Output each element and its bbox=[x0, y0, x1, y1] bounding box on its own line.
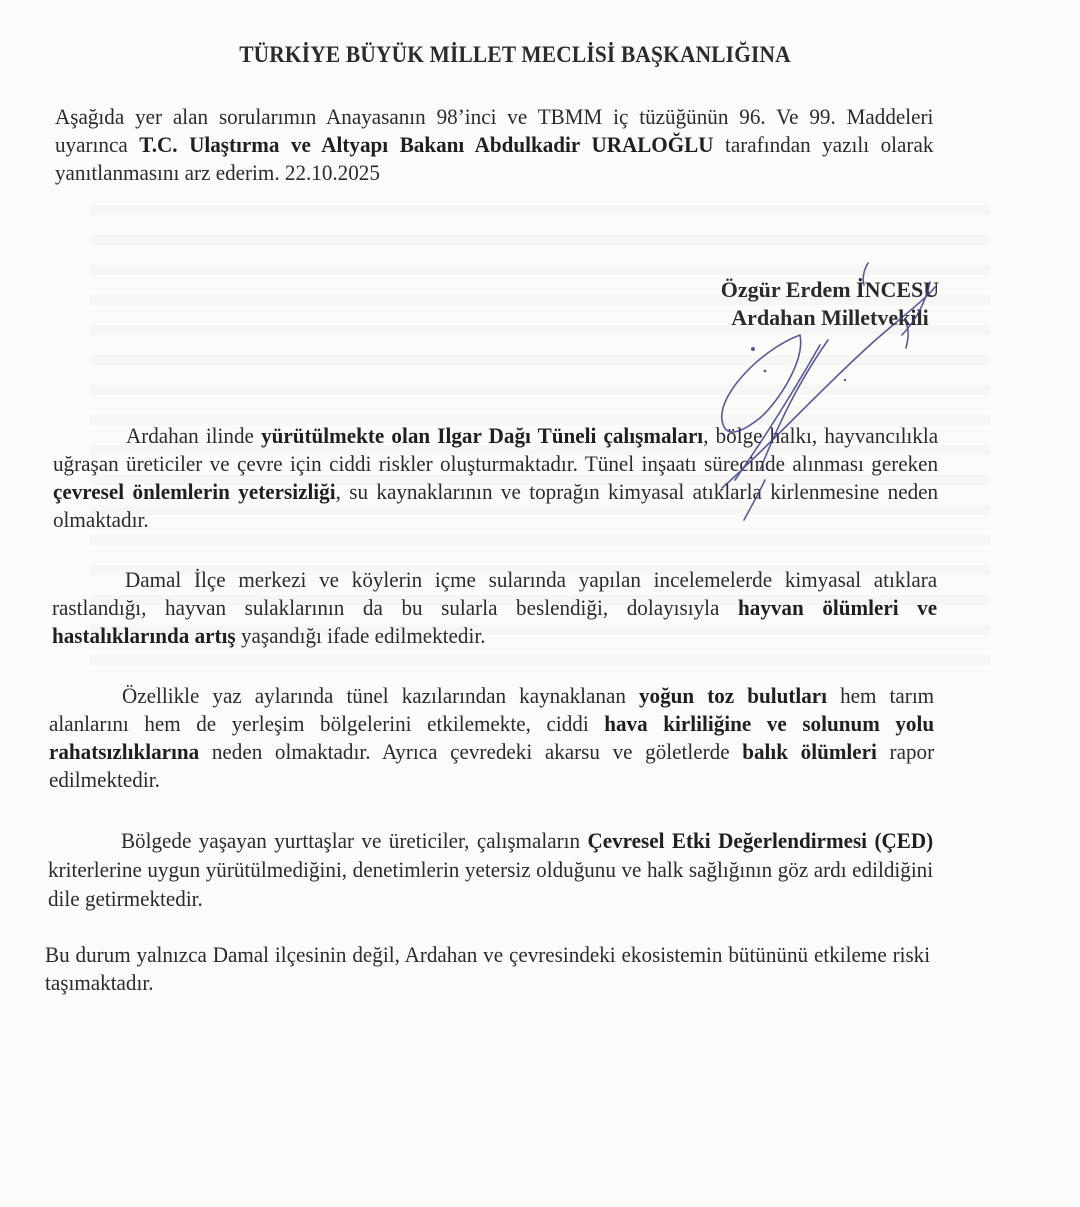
text-run: yaşandığı ifade edilmektedir. bbox=[236, 623, 486, 648]
text-run: kriterlerine uygun yürütülmediğini, dene… bbox=[48, 857, 933, 911]
body-paragraph-2: Damal İlçe merkezi ve köylerin içme sula… bbox=[52, 566, 937, 650]
text-run: neden olmaktadır. Ayrıca çevredeki akars… bbox=[199, 739, 742, 764]
emphasized-text: T.C. Ulaştırma ve Altyapı Bakanı Abdulka… bbox=[139, 132, 713, 157]
text-run: Özellikle yaz aylarında tünel kazılarınd… bbox=[122, 683, 639, 708]
document-page: TÜRKİYE BÜYÜK MİLLET MECLİSİ BAŞKANLIĞIN… bbox=[0, 0, 1080, 1207]
body-paragraph-3: Özellikle yaz aylarında tünel kazılarınd… bbox=[49, 682, 934, 794]
body-paragraph-4: Bölgede yaşayan yurttaşlar ve üreticiler… bbox=[48, 826, 933, 913]
text-run: Bu durum yalnızca Damal ilçesinin değil,… bbox=[45, 942, 930, 995]
emphasized-text: yoğun toz bulutları bbox=[639, 683, 827, 708]
emphasized-text: balık ölümleri bbox=[742, 739, 877, 764]
signatory-role: Ardahan Milletvekili bbox=[705, 304, 955, 332]
text-run: Bölgede yaşayan yurttaşlar ve üreticiler… bbox=[121, 828, 588, 853]
emphasized-text: yürütülmekte olan Ilgar Dağı Tüneli çalı… bbox=[261, 423, 703, 448]
document-title: TÜRKİYE BÜYÜK MİLLET MECLİSİ BAŞKANLIĞIN… bbox=[36, 42, 994, 68]
signature-block: Özgür Erdem İNCESU Ardahan Milletvekili bbox=[705, 276, 955, 332]
body-paragraph-1: Ardahan ilinde yürütülmekte olan Ilgar D… bbox=[53, 422, 938, 534]
emphasized-text: çevresel önlemlerin yetersizliği bbox=[53, 479, 336, 504]
body-paragraph-5: Bu durum yalnızca Damal ilçesinin değil,… bbox=[45, 941, 930, 997]
signatory-name: Özgür Erdem İNCESU bbox=[705, 276, 955, 304]
emphasized-text: Çevresel Etki Değerlendirmesi (ÇED) bbox=[587, 828, 933, 853]
intro-paragraph: Aşağıda yer alan sorularımın Anayasanın … bbox=[55, 103, 933, 187]
text-run: Ardahan ilinde bbox=[126, 423, 261, 448]
